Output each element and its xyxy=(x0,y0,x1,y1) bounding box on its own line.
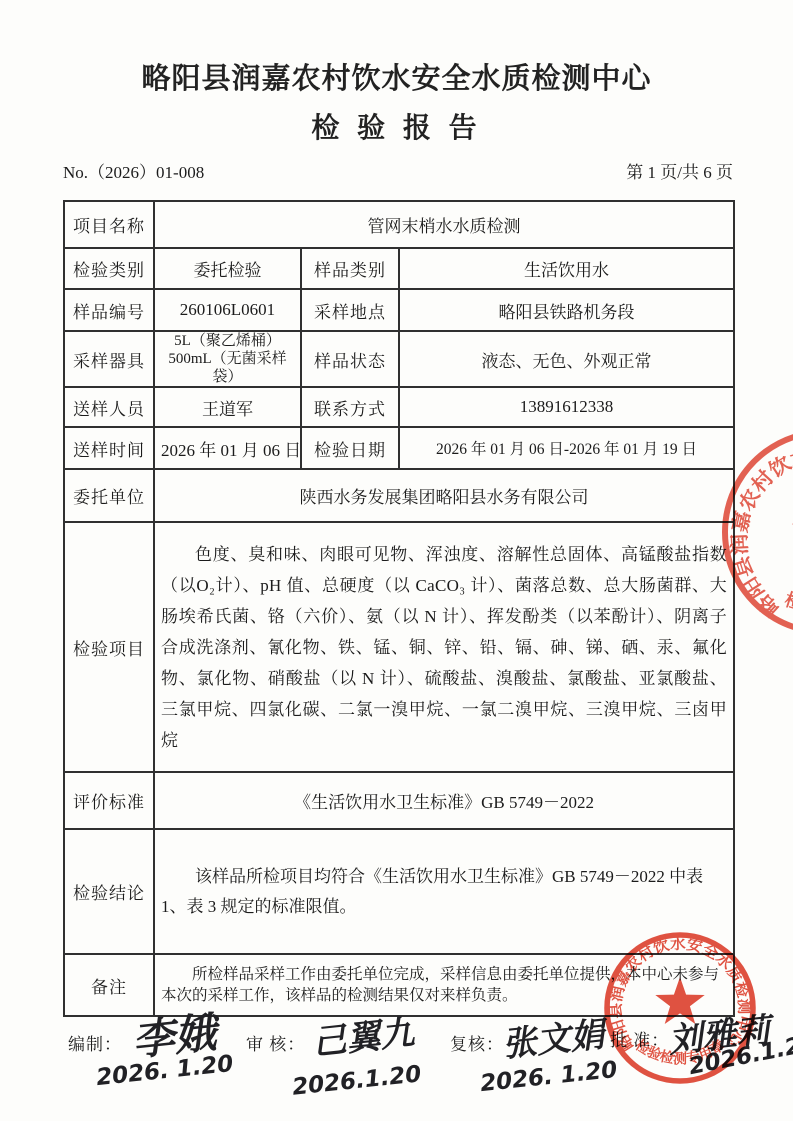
table-row: 评价标准 《生活饮用水卫生标准》GB 5749－2022 xyxy=(64,772,734,829)
field-label-inspection-items: 检验项目 xyxy=(64,522,154,772)
report-page: 略阳县润嘉农村饮水安全水质检测中心 检 验 报 告 No.（2026）01-00… xyxy=(0,0,793,1121)
field-value-sample-no: 260106L0601 xyxy=(154,289,301,331)
edge-seal-ring-text: 略阳县润嘉农村饮水安全水质检测中心 xyxy=(705,418,793,627)
field-label-send-date: 送样时间 xyxy=(64,427,154,469)
field-label-project-name: 项目名称 xyxy=(64,201,154,248)
prepare-date: 2026. 1.20 xyxy=(95,1051,234,1091)
field-value-sampling-container: 5L（聚乙烯桶） 500mL（无菌采样袋） xyxy=(154,331,301,387)
audit-signature: 己翼九 xyxy=(310,1005,417,1064)
field-label-inspection-type: 检验类别 xyxy=(64,248,154,289)
sampling-container-line2: 500mL（无菌采样袋） xyxy=(161,350,294,386)
field-label-sampling-container: 采样器具 xyxy=(64,331,154,387)
report-title: 检 验 报 告 xyxy=(0,106,793,146)
prepare-label: 编制： xyxy=(68,1030,122,1055)
table-row: 采样器具 5L（聚乙烯桶） 500mL（无菌采样袋） 样品状态 液态、无色、外观… xyxy=(64,331,734,387)
report-table: 项目名称 管网末梢水水质检测 检验类别 委托检验 样品类别 生活饮用水 样品编号… xyxy=(63,200,735,1017)
field-value-project-name: 管网末梢水水质检测 xyxy=(154,201,734,248)
table-row: 项目名称 管网末梢水水质检测 xyxy=(64,201,734,248)
field-label-client: 委托单位 xyxy=(64,469,154,522)
field-value-inspection-items: 色度、臭和味、肉眼可见物、浑浊度、溶解性总固体、高锰酸盐指数（以O₂计）、pH … xyxy=(154,522,734,772)
page-indicator: 第 1 页/共 6 页 xyxy=(626,158,733,183)
audit-date: 2026.1.20 xyxy=(291,1061,423,1100)
report-number: No.（2026）01-008 xyxy=(63,158,204,183)
edge-seal-bottom-text: 检验检测专用章 xyxy=(778,560,793,628)
sampling-container-line1: 5L（聚乙烯桶） xyxy=(161,332,294,350)
table-row: 送样时间 2026 年 01 月 06 日 检验日期 2026 年 01 月 0… xyxy=(64,427,734,469)
field-label-sample-status: 样品状态 xyxy=(301,331,399,387)
field-value-inspection-type: 委托检验 xyxy=(154,248,301,289)
field-label-sample-no: 样品编号 xyxy=(64,289,154,331)
field-value-sample-status: 液态、无色、外观正常 xyxy=(399,331,734,387)
field-label-sampling-location: 采样地点 xyxy=(301,289,399,331)
field-label-contact: 联系方式 xyxy=(301,387,399,427)
table-row: 委托单位 陕西水务发展集团略阳县水务有限公司 xyxy=(64,469,734,522)
field-value-contact: 13891612338 xyxy=(399,387,734,427)
field-label-conclusion: 检验结论 xyxy=(64,829,154,954)
red-star-icon xyxy=(786,488,793,558)
field-value-client: 陕西水务发展集团略阳县水务有限公司 xyxy=(154,469,734,522)
table-row: 检验项目 色度、臭和味、肉眼可见物、浑浊度、溶解性总固体、高锰酸盐指数（以O₂计… xyxy=(64,522,734,772)
field-value-evaluation-standard: 《生活饮用水卫生标准》GB 5749－2022 xyxy=(154,772,734,829)
recheck-label: 复核： xyxy=(450,1030,504,1055)
field-value-sample-type: 生活饮用水 xyxy=(399,248,734,289)
center-name: 略阳县润嘉农村饮水安全水质检测中心 xyxy=(0,56,793,97)
official-seal: 略阳县润嘉农村饮水安全水质检测中心 检验检测专用章 xyxy=(595,923,765,1093)
field-label-evaluation-standard: 评价标准 xyxy=(64,772,154,829)
table-row: 送样人员 王道军 联系方式 13891612338 xyxy=(64,387,734,427)
seal-bottom-text: 检验检测专用章 xyxy=(632,1037,728,1068)
audit-label: 审 核： xyxy=(246,1030,305,1055)
table-row: 样品编号 260106L0601 采样地点 略阳县铁路机务段 xyxy=(64,289,734,331)
field-label-sample-sender: 送样人员 xyxy=(64,387,154,427)
red-star-icon xyxy=(655,977,704,1024)
field-value-sampling-location: 略阳县铁路机务段 xyxy=(399,289,734,331)
field-label-inspection-date: 检验日期 xyxy=(301,427,399,469)
field-value-send-date: 2026 年 01 月 06 日 xyxy=(154,427,301,469)
recheck-signature: 张文娟 xyxy=(500,1007,607,1066)
meta-row: No.（2026）01-008 第 1 页/共 6 页 xyxy=(63,158,733,183)
field-value-sample-sender: 王道军 xyxy=(154,387,301,427)
field-label-sample-type: 样品类别 xyxy=(301,248,399,289)
table-row: 检验类别 委托检验 样品类别 生活饮用水 xyxy=(64,248,734,289)
